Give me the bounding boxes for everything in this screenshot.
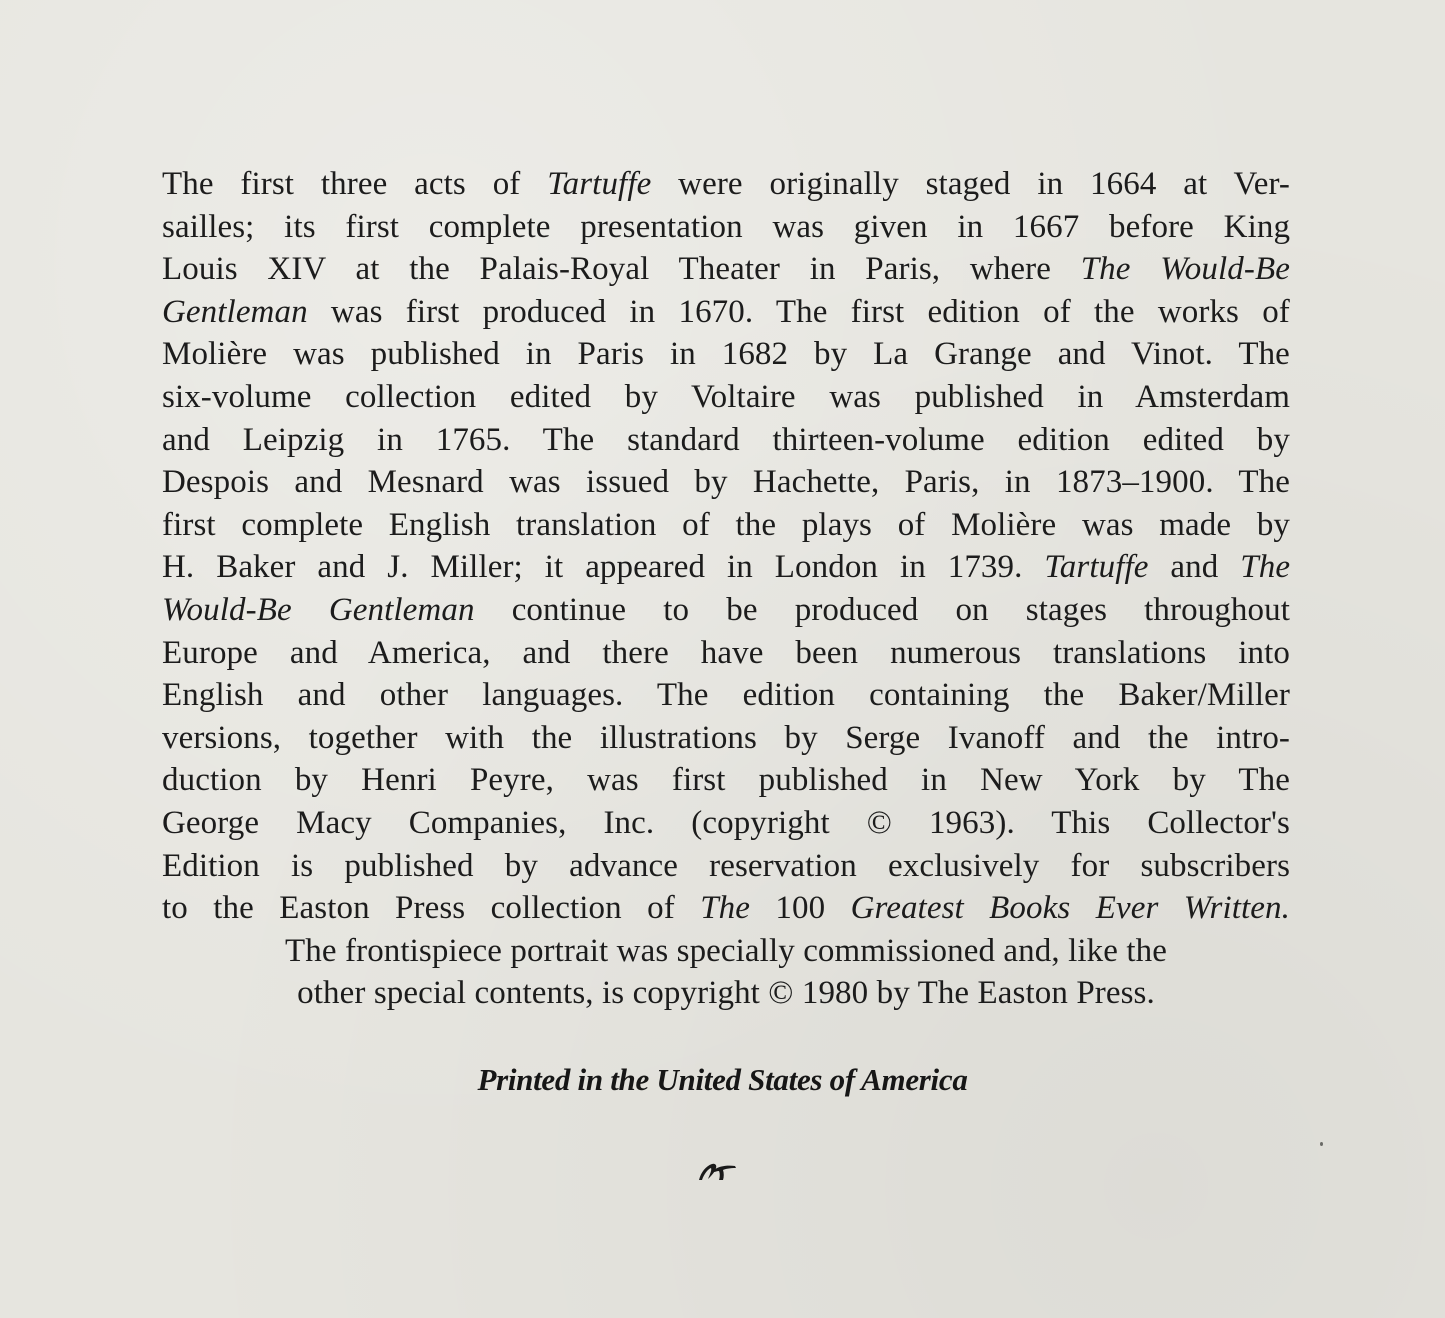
body-text: languages. [482, 677, 623, 713]
body-text: The [162, 166, 214, 202]
body-text: Ver- [1233, 166, 1290, 202]
body-text: in [670, 336, 696, 372]
imprint-line: Printed in the United States of America [0, 1062, 1445, 1098]
body-text: and [523, 635, 571, 671]
body-text: first [672, 762, 726, 798]
paper-speck [1320, 1142, 1323, 1146]
body-text: edited [510, 379, 591, 415]
body-text: numerous [890, 635, 1021, 671]
body-text: of [493, 166, 521, 202]
body-text: Henri [361, 762, 437, 798]
body-text: staged [926, 166, 1011, 202]
body-text: containing [869, 677, 1009, 713]
body-text: by [784, 720, 817, 756]
body-text: 100 [775, 890, 825, 926]
body-text: first [406, 294, 460, 330]
body-text: complete [241, 507, 363, 543]
body-text: first [240, 166, 294, 202]
body-text: sailles; [162, 209, 254, 245]
body-text: edited [1143, 422, 1224, 458]
body-text: New [980, 762, 1043, 798]
text-line: versions, together with the illustration… [162, 717, 1290, 760]
body-text: Macy [296, 805, 372, 841]
body-text: with [445, 720, 504, 756]
body-text: Inc. [603, 805, 654, 841]
body-text: commissioned [803, 933, 995, 969]
body-text: appeared [585, 549, 705, 585]
body-text: XIV [267, 251, 325, 287]
body-text: in [1037, 166, 1063, 202]
body-text: Mesnard [368, 464, 484, 500]
body-text: were [678, 166, 743, 202]
body-text: published [915, 379, 1044, 415]
body-text: at [355, 251, 379, 287]
body-text: illustrations [600, 720, 757, 756]
body-text: Collector's [1147, 805, 1290, 841]
body-text: thirteen-volume [772, 422, 984, 458]
body-text: published [371, 336, 500, 372]
body-text: by [1257, 422, 1290, 458]
body-text: first [345, 209, 399, 245]
body-text: J. [387, 549, 408, 585]
body-text: be [726, 592, 757, 628]
italic-title-text: Books [989, 890, 1070, 926]
text-line: to the Easton Press collection of The 10… [162, 887, 1290, 930]
body-text: translations [1053, 635, 1206, 671]
body-text: The [918, 975, 970, 1011]
body-text: continue [512, 592, 626, 628]
body-text: 1670. [678, 294, 753, 330]
body-text: 1873–1900. [1056, 464, 1214, 500]
body-text: of [898, 507, 926, 543]
text-line: duction by Henri Peyre, was first publis… [162, 759, 1290, 802]
body-text: advance [569, 848, 678, 884]
body-text: standard [627, 422, 740, 458]
body-text: its [284, 209, 315, 245]
body-text: by [295, 762, 328, 798]
text-line: Europe and America, and there have been … [162, 632, 1290, 675]
body-text: frontispiece [345, 933, 502, 969]
body-text: Amsterdam [1135, 379, 1290, 415]
body-text: 1667 [1013, 209, 1079, 245]
italic-title-text: Would-Be [162, 592, 292, 628]
body-text: first [162, 507, 216, 543]
body-text: where [970, 251, 1051, 287]
body-text: to [162, 890, 188, 926]
body-text: (copyright [691, 805, 829, 841]
text-line: Would-Be Gentleman continue to be produc… [162, 589, 1290, 632]
body-text: to [663, 592, 689, 628]
text-line: other special contents, is copyright © 1… [162, 972, 1290, 1015]
body-text: other [380, 677, 448, 713]
body-text: of [682, 507, 710, 543]
body-text: was [587, 762, 639, 798]
body-text: and [1058, 336, 1106, 372]
body-text: other [297, 975, 365, 1011]
body-text: in [810, 251, 836, 287]
body-text: George [162, 805, 259, 841]
italic-title-text: Tartuffe [1044, 549, 1148, 585]
body-text: of [1262, 294, 1290, 330]
body-text: in [1005, 464, 1031, 500]
body-text: Paris, [865, 251, 940, 287]
italic-title-text: The [1081, 251, 1131, 287]
body-text: intro- [1216, 720, 1290, 756]
body-text: specially [677, 933, 795, 969]
italic-title-text: Ever [1096, 890, 1159, 926]
body-text: issued [586, 464, 669, 500]
body-text: exclusively [888, 848, 1039, 884]
text-line: Despois and Mesnard was issued by Hachet… [162, 461, 1290, 504]
body-text: by [1173, 762, 1206, 798]
body-text: in [957, 209, 983, 245]
body-text: works [1158, 294, 1239, 330]
body-text: Grange [934, 336, 1032, 372]
italic-title-text: Greatest [851, 890, 964, 926]
body-text: been [795, 635, 858, 671]
body-text: was [829, 379, 881, 415]
body-text: and [162, 422, 210, 458]
body-text: by [814, 336, 847, 372]
body-text: Press [395, 890, 465, 926]
italic-title-text: Would-Be [1160, 251, 1290, 287]
italic-title-text: The [1240, 549, 1290, 585]
body-text: duction [162, 762, 262, 798]
body-text: Voltaire [691, 379, 796, 415]
body-text: on [955, 592, 988, 628]
body-text: first [851, 294, 905, 330]
body-text: Baker [216, 549, 295, 585]
body-text: the [1044, 677, 1085, 713]
body-text: made [1159, 507, 1231, 543]
body-text: stages [1026, 592, 1107, 628]
body-text: like [1068, 933, 1118, 969]
body-text: The [1238, 464, 1290, 500]
body-text: 1963). [929, 805, 1015, 841]
body-text: in [1077, 379, 1103, 415]
body-text: produced [483, 294, 607, 330]
body-text: Theater [679, 251, 780, 287]
body-text: English [389, 507, 491, 543]
body-text: The [1238, 762, 1290, 798]
body-text: Molière [951, 507, 1056, 543]
body-text: and [1170, 549, 1218, 585]
body-text: was [772, 209, 824, 245]
body-text: and [290, 635, 338, 671]
body-text: originally [769, 166, 898, 202]
body-text: and [298, 677, 346, 713]
body-text: by [625, 379, 658, 415]
body-text: Palais-Royal [480, 251, 650, 287]
body-text: London [775, 549, 878, 585]
body-text: was [331, 294, 383, 330]
book-page: The first three acts of Tartuffe were or… [0, 0, 1445, 1318]
body-text: English [162, 677, 264, 713]
body-text: The [657, 677, 709, 713]
text-line: The first three acts of Tartuffe were or… [162, 163, 1290, 206]
body-text: 1739. [948, 549, 1023, 585]
body-text: © [768, 975, 793, 1011]
body-text: Edition [162, 848, 260, 884]
body-text: into [1238, 635, 1290, 671]
body-text: edition [1018, 422, 1110, 458]
body-text: H. [162, 549, 194, 585]
body-text: This [1051, 805, 1110, 841]
body-text: The [1238, 336, 1290, 372]
italic-title-text: Tartuffe [547, 166, 651, 202]
body-text: complete [429, 209, 551, 245]
body-text: three [321, 166, 387, 202]
body-text: and [317, 549, 365, 585]
body-text: by [877, 975, 910, 1011]
body-text: the [532, 720, 573, 756]
body-text: Molière [162, 336, 267, 372]
body-text: acts [414, 166, 466, 202]
body-text: in [526, 336, 552, 372]
body-text: in [377, 422, 403, 458]
body-text: Serge [845, 720, 920, 756]
body-text: at [1183, 166, 1207, 202]
text-line: sailles; its first complete presentation… [162, 206, 1290, 249]
body-text: together [309, 720, 418, 756]
body-text: have [701, 635, 764, 671]
body-text: 1664 [1090, 166, 1156, 202]
printers-ornament-icon [697, 1160, 739, 1182]
italic-title-text: The [700, 890, 750, 926]
body-text: the [1148, 720, 1189, 756]
body-text: in [727, 549, 753, 585]
text-line: Edition is published by advance reservat… [162, 845, 1290, 888]
body-text: and [1073, 720, 1121, 756]
body-text: Vinot. [1131, 336, 1213, 372]
body-text: in [921, 762, 947, 798]
body-text: Easton [279, 890, 369, 926]
body-text: the [213, 890, 254, 926]
text-line: Louis XIV at the Palais-Royal Theater in… [162, 248, 1290, 291]
body-text: Peyre, [470, 762, 554, 798]
body-text: published [759, 762, 888, 798]
body-text: was [617, 933, 669, 969]
body-text: before [1109, 209, 1194, 245]
body-text: The [543, 422, 595, 458]
body-text: by [694, 464, 727, 500]
body-text: in [900, 549, 926, 585]
body-text: York [1075, 762, 1140, 798]
body-text: of [647, 890, 675, 926]
body-text: portrait [510, 933, 608, 969]
body-text: the [1126, 933, 1167, 969]
body-text: Baker/Miller [1118, 677, 1290, 713]
body-text: by [505, 848, 538, 884]
body-text: 1980 [802, 975, 868, 1011]
body-text: throughout [1144, 592, 1290, 628]
body-text: Miller; [430, 549, 522, 585]
body-text: of [1043, 294, 1071, 330]
body-text: by [1257, 507, 1290, 543]
body-text: Europe [162, 635, 258, 671]
body-text: The [285, 933, 337, 969]
text-line: first complete English translation of th… [162, 504, 1290, 547]
text-line: H. Baker and J. Miller; it appeared in L… [162, 546, 1290, 589]
body-text: versions, [162, 720, 281, 756]
text-line: Gentleman was first produced in 1670. Th… [162, 291, 1290, 334]
body-text: translation [516, 507, 656, 543]
body-text: was [509, 464, 561, 500]
colophon-paragraph: The first three acts of Tartuffe were or… [162, 163, 1290, 1015]
body-text: Despois [162, 464, 269, 500]
body-text: the [1094, 294, 1135, 330]
body-text: plays [802, 507, 872, 543]
body-text: Easton [978, 975, 1068, 1011]
italic-title-text: Written. [1184, 890, 1290, 926]
body-text: collection [491, 890, 622, 926]
body-text: and, [1003, 933, 1059, 969]
body-text: for [1071, 848, 1110, 884]
body-text: edition [928, 294, 1020, 330]
body-text: Hachette, [753, 464, 879, 500]
body-text: Leipzig [243, 422, 345, 458]
body-text: presentation [580, 209, 742, 245]
italic-title-text: Gentleman [162, 294, 308, 330]
body-text: King [1224, 209, 1290, 245]
body-text: subscribers [1140, 848, 1290, 884]
text-line: and Leipzig in 1765. The standard thirte… [162, 419, 1290, 462]
body-text: the [409, 251, 450, 287]
body-text: the [736, 507, 777, 543]
body-text: La [873, 336, 908, 372]
body-text: Paris [578, 336, 645, 372]
body-text: The [776, 294, 828, 330]
text-line: George Macy Companies, Inc. (copyright ©… [162, 802, 1290, 845]
body-text: collection [345, 379, 476, 415]
text-line: English and other languages. The edition… [162, 674, 1290, 717]
body-text: and [294, 464, 342, 500]
body-text: produced [795, 592, 919, 628]
body-text: is [602, 975, 624, 1011]
body-text: Companies, [409, 805, 567, 841]
body-text: published [344, 848, 473, 884]
body-text: is [291, 848, 313, 884]
body-text: special [374, 975, 466, 1011]
body-text: reservation [709, 848, 857, 884]
body-text: Ivanoff [948, 720, 1045, 756]
text-line: six-volume collection edited by Voltaire… [162, 376, 1290, 419]
body-text: contents, [475, 975, 594, 1011]
body-text: Louis [162, 251, 238, 287]
italic-title-text: Gentleman [329, 592, 475, 628]
body-text: 1765. [436, 422, 511, 458]
body-text: Press. [1076, 975, 1155, 1011]
body-text: there [602, 635, 668, 671]
body-text: copyright [633, 975, 760, 1011]
body-text: six-volume [162, 379, 311, 415]
body-text: America, [368, 635, 491, 671]
text-line: Molière was published in Paris in 1682 b… [162, 333, 1290, 376]
body-text: it [545, 549, 564, 585]
body-text: © [867, 805, 892, 841]
body-text: was [293, 336, 345, 372]
body-text: was [1082, 507, 1134, 543]
body-text: Paris, [905, 464, 980, 500]
body-text: 1682 [722, 336, 788, 372]
body-text: edition [743, 677, 835, 713]
body-text: in [629, 294, 655, 330]
body-text: given [854, 209, 928, 245]
text-line: The frontispiece portrait was specially … [162, 930, 1290, 973]
